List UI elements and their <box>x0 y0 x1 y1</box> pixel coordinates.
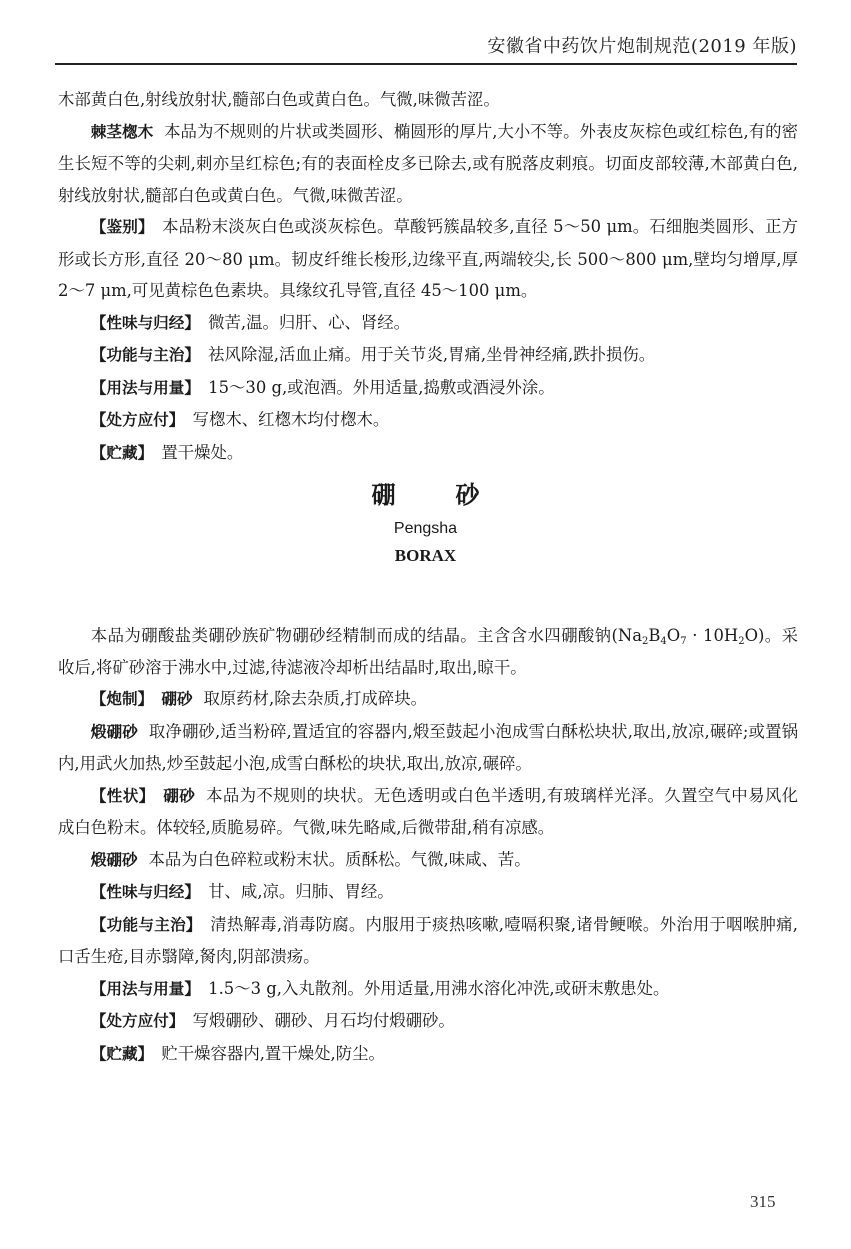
section-storage: 【贮藏】置干燥处。 <box>58 437 798 470</box>
running-header: 安徽省中药饮片炮制规范(2019 年版) <box>0 32 797 58</box>
section-processing-calcined: 煅硼砂取净硼砂,适当粉碎,置适宜的容器内,煅至鼓起小泡成雪白酥松块状,取出,放凉… <box>58 716 798 780</box>
monograph-title-pinyin: Pengsha <box>0 520 851 538</box>
sub-item-text: 本品为不规则的片状或类圆形、椭圆形的厚片,大小不等。外表皮灰棕色或红棕色,有的密… <box>58 122 798 205</box>
page-number: 315 <box>750 1192 776 1212</box>
monograph-title-latin: BORAX <box>0 546 851 566</box>
previous-monograph-continuation: 木部黄白色,射线放射状,髓部白色或黄白色。气微,味微苦涩。 棘茎楤木本品为不规则… <box>58 84 798 469</box>
section-prescription: 【处方应付】写楤木、红楤木均付楤木。 <box>58 404 798 437</box>
section-characters: 【性状】硼砂本品为不规则的块状。无色透明或白色半透明,有玻璃样光泽。久置空气中易… <box>58 780 798 844</box>
section-function-indication: 【功能与主治】祛风除湿,活血止痛。用于关节炎,胃痛,坐骨神经痛,跌扑损伤。 <box>58 339 798 372</box>
paragraph-intro-tail: 木部黄白色,射线放射状,髓部白色或黄白色。气微,味微苦涩。 <box>58 84 798 116</box>
section-usage-dosage: 【用法与用量】1.5～3 g,入丸散剂。外用适量,用沸水溶化冲洗,或研末敷患处。 <box>58 973 798 1006</box>
section-prescription: 【处方应付】写煅硼砂、硼砂、月石均付煅硼砂。 <box>58 1005 798 1038</box>
sub-item-term: 棘茎楤木 <box>91 123 153 141</box>
borax-monograph: 本品为硼酸盐类硼砂族矿物硼砂经精制而成的结晶。主含含水四硼酸钠(Na2B4O7 … <box>58 620 798 1070</box>
section-usage-dosage: 【用法与用量】15～30 g,或泡酒。外用适量,捣敷或酒浸外涂。 <box>58 372 798 405</box>
paragraph-sub-item: 棘茎楤木本品为不规则的片状或类圆形、椭圆形的厚片,大小不等。外表皮灰棕色或红棕色… <box>58 116 798 212</box>
section-storage: 【贮藏】贮干燥容器内,置干燥处,防尘。 <box>58 1038 798 1071</box>
section-property-meridian: 【性味与归经】甘、咸,凉。归肺、胃经。 <box>58 876 798 909</box>
section-processing: 【炮制】硼砂取原药材,除去杂质,打成碎块。 <box>58 683 798 716</box>
section-function-indication: 【功能与主治】清热解毒,消毒防腐。内服用于痰热咳嗽,噎嗝积聚,诸骨鲠喉。外治用于… <box>58 909 798 973</box>
monograph-title-chinese: 硼砂 <box>0 475 851 510</box>
section-characters-calcined: 煅硼砂本品为白色碎粒或粉末状。质酥松。气微,味咸、苦。 <box>58 844 798 877</box>
paragraph-source: 本品为硼酸盐类硼砂族矿物硼砂经精制而成的结晶。主含含水四硼酸钠(Na2B4O7 … <box>58 620 798 683</box>
section-property-meridian: 【性味与归经】微苦,温。归肝、心、肾经。 <box>58 307 798 340</box>
header-divider <box>55 63 797 65</box>
section-identification: 【鉴别】本品粉末淡灰白色或淡灰棕色。草酸钙簇晶较多,直径 5～50 μm。石细胞… <box>58 211 798 307</box>
